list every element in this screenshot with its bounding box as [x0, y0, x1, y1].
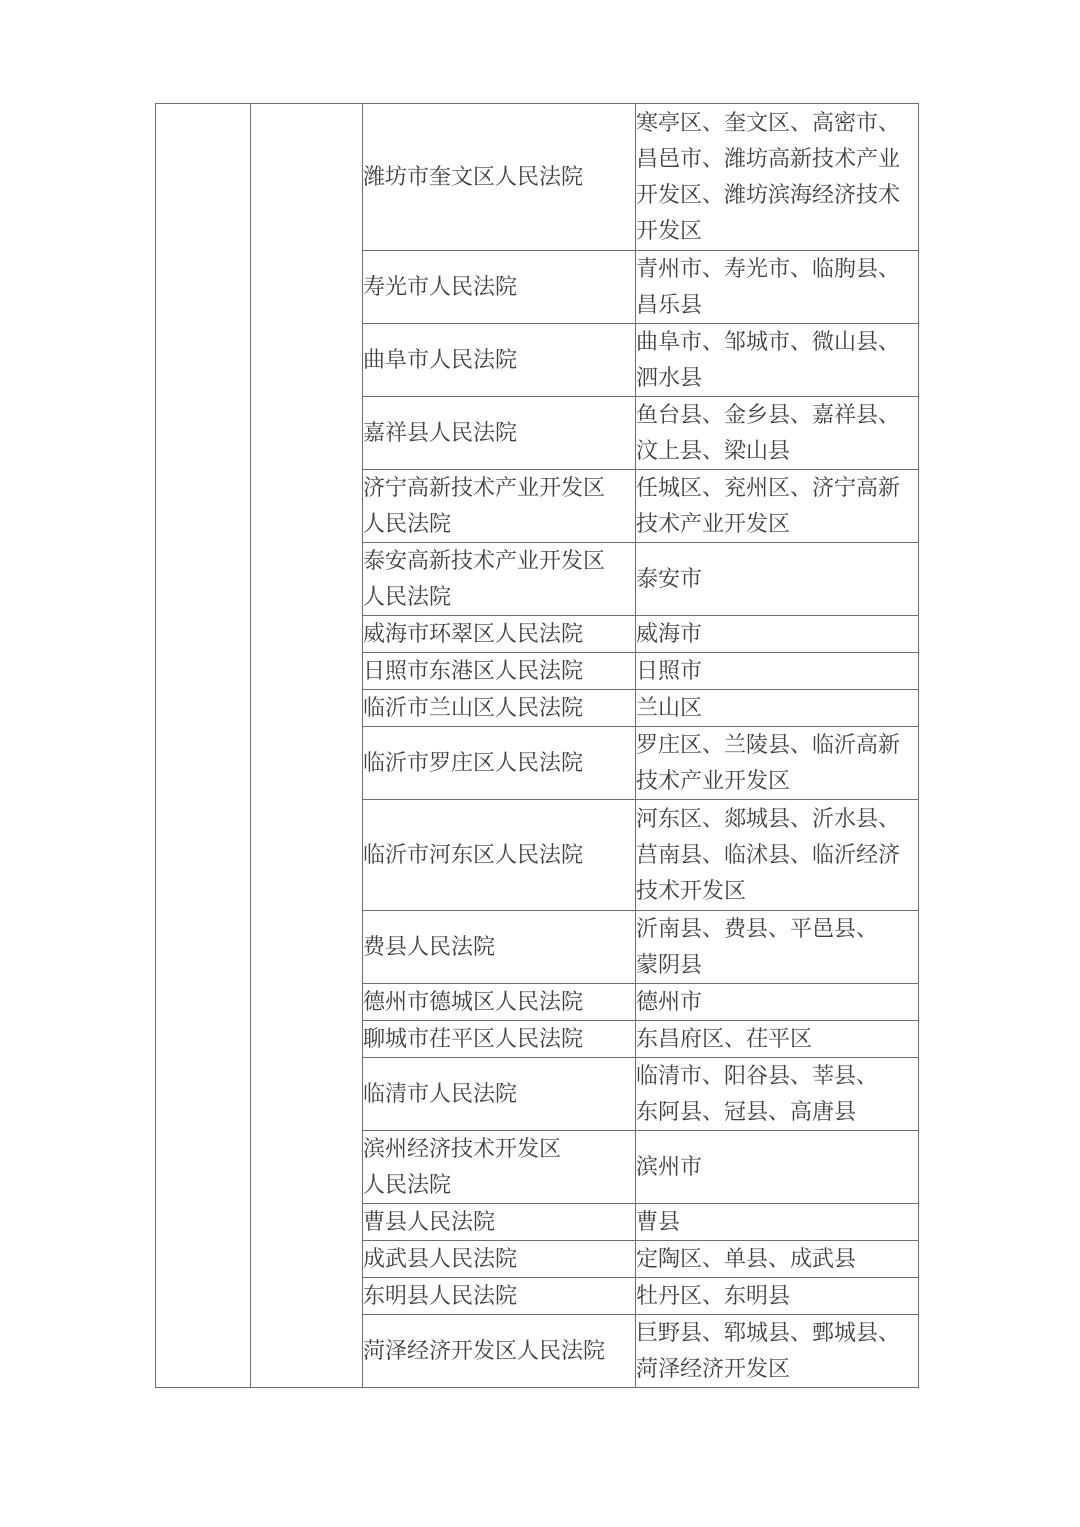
jurisdiction-cell: 青州市、寿光市、临朐县、 昌乐县 [636, 251, 919, 324]
court-name-cell: 曹县人民法院 [363, 1204, 636, 1241]
court-name-cell: 临沂市河东区人民法院 [363, 800, 636, 911]
table-row: 潍坊市奎文区人民法院寒亭区、奎文区、高密市、 昌邑市、潍坊高新技术产业 开发区、… [156, 104, 919, 251]
document-page: 潍坊市奎文区人民法院寒亭区、奎文区、高密市、 昌邑市、潍坊高新技术产业 开发区、… [0, 0, 1080, 1527]
jurisdiction-cell: 威海市 [636, 616, 919, 653]
jurisdiction-cell: 任城区、兖州区、济宁高新 技术产业开发区 [636, 470, 919, 543]
court-name-cell: 嘉祥县人民法院 [363, 397, 636, 470]
jurisdiction-cell: 泰安市 [636, 543, 919, 616]
court-name-cell: 临清市人民法院 [363, 1058, 636, 1131]
court-name-cell: 威海市环翠区人民法院 [363, 616, 636, 653]
jurisdiction-cell: 德州市 [636, 984, 919, 1021]
court-name-cell: 泰安高新技术产业开发区 人民法院 [363, 543, 636, 616]
court-name-cell: 潍坊市奎文区人民法院 [363, 104, 636, 251]
jurisdiction-cell: 兰山区 [636, 690, 919, 727]
court-jurisdiction-table: 潍坊市奎文区人民法院寒亭区、奎文区、高密市、 昌邑市、潍坊高新技术产业 开发区、… [155, 103, 919, 1388]
jurisdiction-cell: 东昌府区、茌平区 [636, 1021, 919, 1058]
court-name-cell: 成武县人民法院 [363, 1241, 636, 1278]
jurisdiction-cell: 河东区、郯城县、沂水县、 莒南县、临沭县、临沂经济 技术开发区 [636, 800, 919, 911]
court-name-cell: 滨州经济技术开发区 人民法院 [363, 1131, 636, 1204]
jurisdiction-cell: 巨野县、郓城县、鄄城县、 菏泽经济开发区 [636, 1315, 919, 1388]
jurisdiction-cell: 牡丹区、东明县 [636, 1278, 919, 1315]
court-name-cell: 费县人民法院 [363, 911, 636, 984]
court-name-cell: 济宁高新技术产业开发区 人民法院 [363, 470, 636, 543]
jurisdiction-cell: 寒亭区、奎文区、高密市、 昌邑市、潍坊高新技术产业 开发区、潍坊滨海经济技术 开… [636, 104, 919, 251]
merged-left-1-merged-cell [156, 104, 251, 1388]
court-name-cell: 聊城市茌平区人民法院 [363, 1021, 636, 1058]
jurisdiction-cell: 鱼台县、金乡县、嘉祥县、 汶上县、梁山县 [636, 397, 919, 470]
court-name-cell: 曲阜市人民法院 [363, 324, 636, 397]
jurisdiction-cell: 临清市、阳谷县、莘县、 东阿县、冠县、高唐县 [636, 1058, 919, 1131]
merged-left-2-merged-cell [251, 104, 363, 1388]
court-name-cell: 临沂市兰山区人民法院 [363, 690, 636, 727]
jurisdiction-cell: 沂南县、费县、平邑县、 蒙阴县 [636, 911, 919, 984]
court-name-cell: 德州市德城区人民法院 [363, 984, 636, 1021]
jurisdiction-cell: 罗庄区、兰陵县、临沂高新 技术产业开发区 [636, 727, 919, 800]
court-name-cell: 临沂市罗庄区人民法院 [363, 727, 636, 800]
court-name-cell: 菏泽经济开发区人民法院 [363, 1315, 636, 1388]
jurisdiction-cell: 滨州市 [636, 1131, 919, 1204]
court-name-cell: 东明县人民法院 [363, 1278, 636, 1315]
jurisdiction-cell: 定陶区、单县、成武县 [636, 1241, 919, 1278]
court-name-cell: 日照市东港区人民法院 [363, 653, 636, 690]
court-name-cell: 寿光市人民法院 [363, 251, 636, 324]
jurisdiction-cell: 日照市 [636, 653, 919, 690]
jurisdiction-cell: 曹县 [636, 1204, 919, 1241]
jurisdiction-cell: 曲阜市、邹城市、微山县、 泗水县 [636, 324, 919, 397]
